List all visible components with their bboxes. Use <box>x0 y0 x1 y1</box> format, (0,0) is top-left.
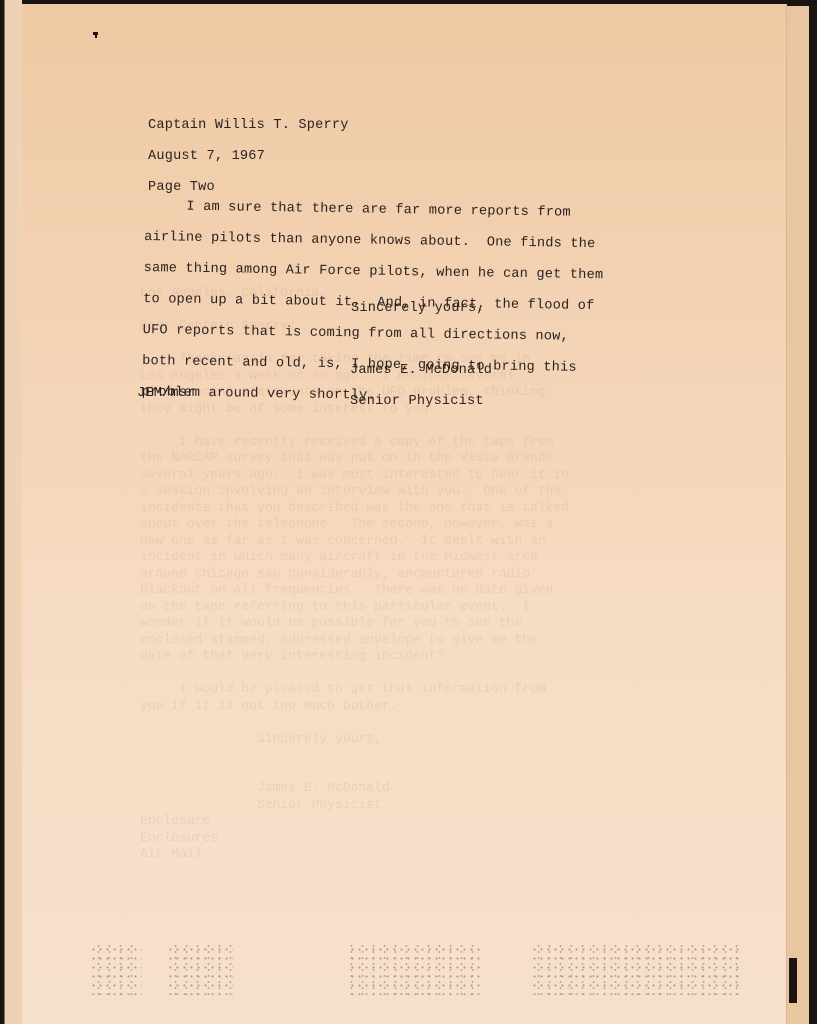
body-line: UFO reports that is coming from all dire… <box>143 322 603 345</box>
reference-initials: JEM/msr <box>137 386 196 402</box>
signature-block: James E. McDonald Senior Physicist <box>350 347 492 425</box>
body-line: airline pilots than anyone knows about. … <box>144 229 604 252</box>
signer-name: James E. McDonald <box>350 363 492 379</box>
body-line: same thing among Air Force pilots, when … <box>144 260 604 283</box>
edge-mark <box>789 958 797 1003</box>
closing: Sincerely yours, <box>351 301 485 317</box>
page-edge <box>0 0 22 1024</box>
scan-noise <box>90 945 740 995</box>
body-line: I am sure that there are far more report… <box>145 198 605 221</box>
signer-title: Senior Physicist <box>350 394 492 410</box>
recipient-name: Captain Willis T. Sperry <box>148 118 349 134</box>
punch-mark <box>95 34 97 38</box>
letter-date: August 7, 1967 <box>148 149 349 165</box>
